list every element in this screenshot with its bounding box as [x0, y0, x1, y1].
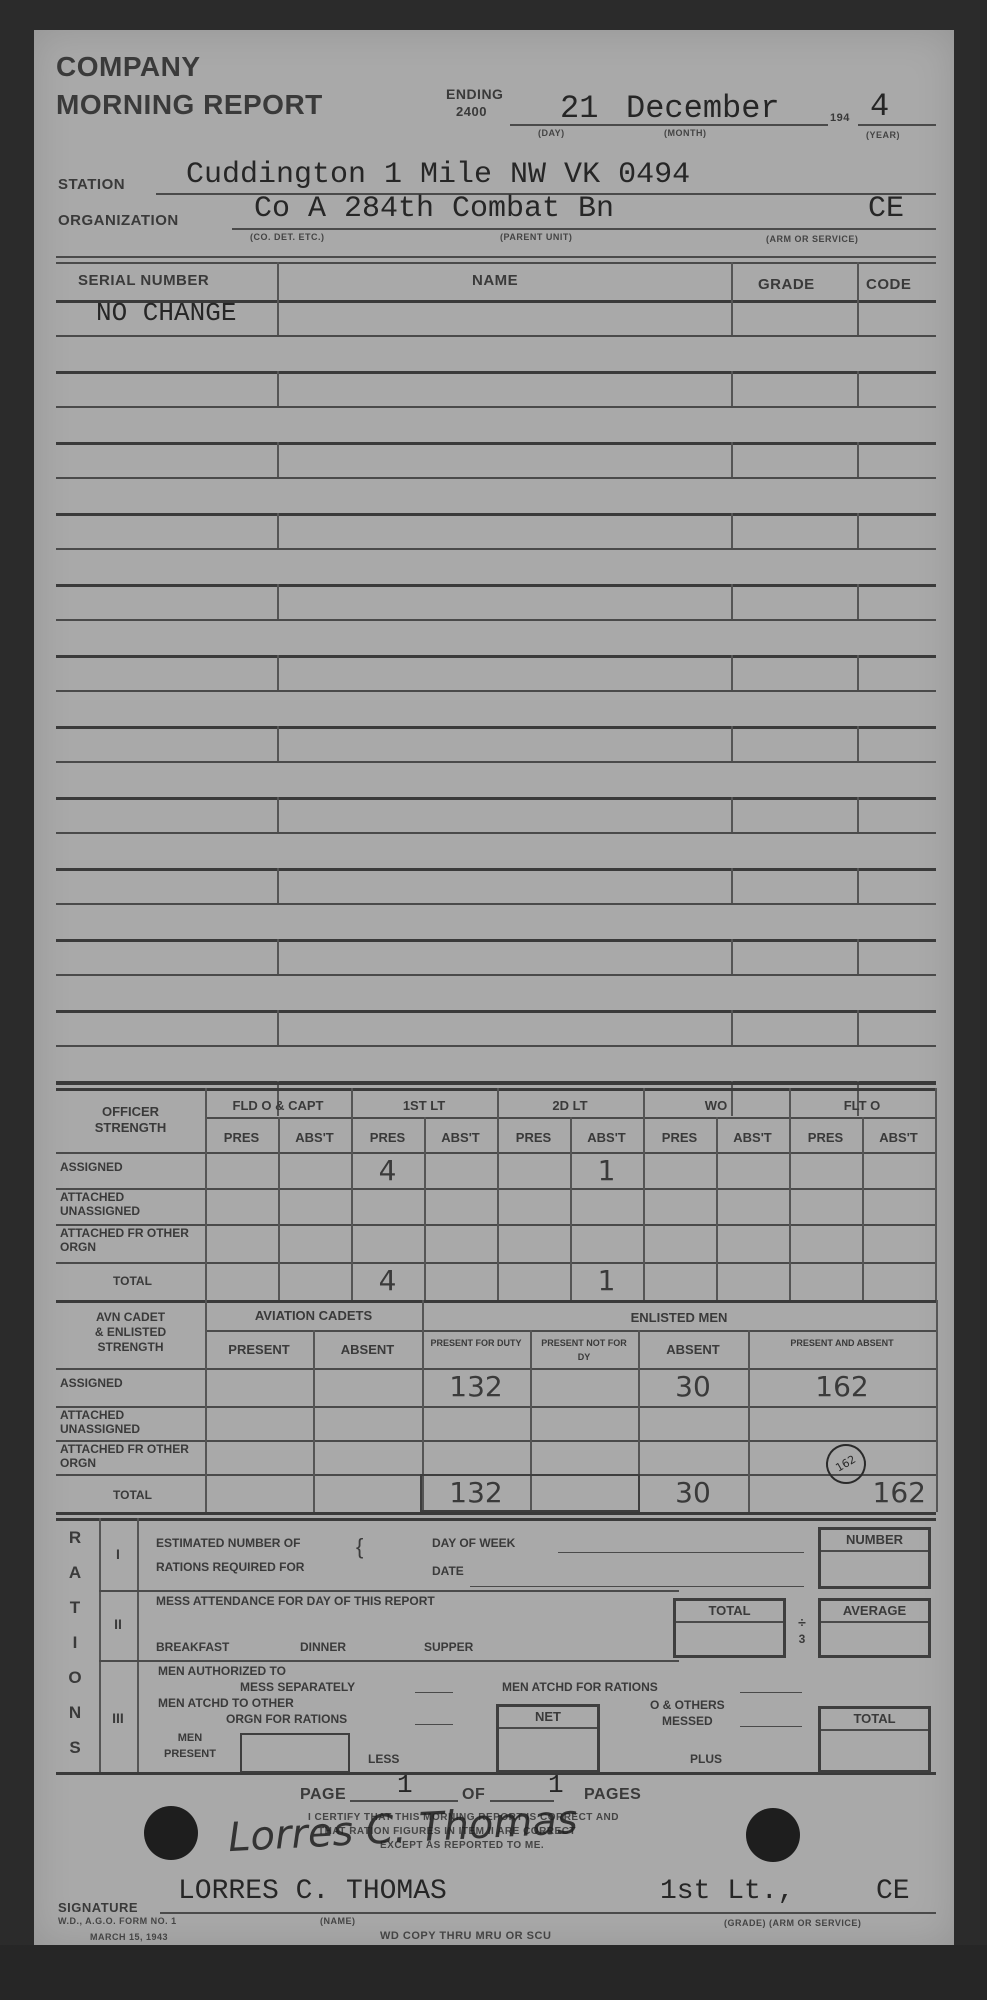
men-atchd-rations-line[interactable] — [740, 1692, 802, 1693]
pages-label: PAGES — [584, 1786, 641, 1804]
arm-of-service-value: CE — [868, 192, 904, 226]
roster-column-divider — [857, 726, 859, 761]
date-line[interactable] — [470, 1586, 804, 1587]
officer-subcolumn-header: ABS'T — [716, 1130, 789, 1145]
enlisted-column-header: PRESENT AND ABSENT — [752, 1336, 932, 1350]
roster-column-divider — [731, 726, 733, 761]
report-day: 21 — [560, 90, 598, 127]
rations-top-rule — [56, 1518, 936, 1521]
rations-side-letter: S — [60, 1738, 90, 1758]
enlisted-row-label: ASSIGNED — [60, 1376, 200, 1390]
enlisted-cell-value: 30 — [638, 1476, 748, 1509]
roster-column-divider — [277, 1010, 279, 1045]
men-present-box[interactable] — [240, 1733, 350, 1773]
organization-value: Co A 284th Combat Bn — [254, 192, 614, 226]
org-caption: (CO. DET. ETC.) — [250, 232, 325, 242]
enlisted-column-header: PRESENT NOT FOR DY — [534, 1336, 634, 1364]
signature-underline — [160, 1912, 936, 1914]
roster-column-divider — [857, 797, 859, 832]
divide-by-value: 3 — [790, 1632, 814, 1646]
roster-row-rule — [56, 903, 936, 905]
roster-column-divider — [731, 655, 733, 690]
attendance-total-box[interactable]: TOTAL — [673, 1598, 786, 1658]
rations-total-box[interactable]: TOTAL — [818, 1706, 931, 1773]
column-header-grade: GRADE — [758, 276, 815, 293]
men-atchd-other-label: MEN ATCHD TO OTHER — [158, 1696, 294, 1710]
roster-column-divider — [857, 371, 859, 406]
estimated-number-label: ESTIMATED NUMBER OF — [156, 1536, 300, 1550]
section-ii-numeral: II — [99, 1616, 137, 1632]
roster-column-divider — [857, 513, 859, 548]
month-caption: (MONTH) — [664, 128, 707, 138]
punch-hole-right — [746, 1808, 800, 1862]
punch-hole-left — [144, 1806, 198, 1860]
signer-arm: CE — [876, 1876, 910, 1907]
roster-column-divider — [731, 584, 733, 619]
roster-row-rule — [56, 371, 936, 374]
men-present-label-1: MEN — [150, 1732, 230, 1744]
breakfast-label: BREAKFAST — [156, 1640, 229, 1654]
roster-column-divider — [277, 442, 279, 477]
officer-cell-value: 1 — [570, 1264, 643, 1297]
page-number-underline — [350, 1800, 458, 1802]
enlisted-column-header: PRESENT FOR DUTY — [426, 1336, 526, 1350]
form-date: MARCH 15, 1943 — [90, 1932, 168, 1942]
section-i-numeral: I — [99, 1546, 137, 1562]
roster-row-rule — [56, 584, 936, 587]
roster-row-rule — [56, 868, 936, 871]
roster-entry-no-change: NO CHANGE — [96, 298, 236, 328]
enlisted-title-2: & ENLISTED — [56, 1325, 205, 1340]
mess-separately-label: MESS SEPARATELY — [240, 1680, 355, 1694]
roster-column-divider — [277, 797, 279, 832]
roster-row-rule — [56, 1010, 936, 1013]
number-box[interactable]: NUMBER — [818, 1527, 931, 1589]
rations-side-letter: I — [60, 1633, 90, 1653]
roster-row-rule — [56, 974, 936, 976]
officers-others-label: O & OTHERS — [650, 1698, 725, 1712]
roster-column-divider — [277, 513, 279, 548]
mess-separately-line[interactable] — [415, 1692, 453, 1693]
roster-column-divider — [857, 262, 859, 335]
roster-column-divider — [731, 868, 733, 903]
enlisted-cell-value: 132 — [422, 1476, 530, 1509]
officer-column-divider — [716, 1117, 718, 1300]
roster-column-divider — [277, 584, 279, 619]
mess-attendance-label: MESS ATTENDANCE FOR DAY OF THIS REPORT — [156, 1594, 435, 1608]
officer-subcolumn-header: PRES — [643, 1130, 716, 1145]
ending-time: 2400 — [456, 104, 487, 119]
roster-row-rule — [56, 513, 936, 516]
page-total: 1 — [548, 1770, 564, 1800]
roster-column-divider — [731, 262, 733, 335]
officer-cell-value: 1 — [570, 1154, 643, 1187]
copy-note: WD COPY THRU MRU OR SCU — [380, 1930, 551, 1942]
officer-row-rule — [56, 1152, 936, 1154]
messed-label: MESSED — [662, 1714, 713, 1728]
rations-side-letter: O — [60, 1668, 90, 1688]
roster-bottom-rule — [56, 1082, 936, 1085]
officer-subcolumn-header: ABS'T — [424, 1130, 497, 1145]
messed-line[interactable] — [740, 1726, 802, 1727]
officer-row-label: ATTACHED FR OTHER ORGN — [60, 1226, 200, 1254]
officer-group-header: FLT O — [789, 1098, 935, 1113]
roster-row-rule — [56, 939, 936, 942]
roster-column-divider — [731, 513, 733, 548]
roster-row-rule — [56, 477, 936, 479]
less-label: LESS — [368, 1752, 399, 1766]
signer-name: LORRES C. THOMAS — [178, 1876, 447, 1907]
officer-row-rule — [56, 1262, 936, 1264]
officer-row-label: ATTACHED UNASSIGNED — [60, 1190, 200, 1218]
organization-label: ORGANIZATION — [58, 212, 179, 229]
rations-section-rule — [99, 1590, 679, 1592]
roster-column-divider — [857, 939, 859, 974]
roster-column-divider — [731, 371, 733, 406]
roster-top-rule-2 — [56, 262, 936, 264]
day-caption: (DAY) — [538, 128, 565, 138]
station-value: Cuddington 1 Mile NW VK 0494 — [186, 158, 690, 192]
year-caption: (YEAR) — [866, 130, 900, 140]
ending-label: ENDING — [446, 86, 503, 102]
number-box-label: NUMBER — [821, 1530, 928, 1552]
column-header-name: NAME — [472, 272, 518, 289]
officer-group-header: WO — [643, 1098, 789, 1113]
enlisted-title-1: AVN CADET — [56, 1310, 205, 1325]
column-header-serial-number: SERIAL NUMBER — [78, 272, 209, 289]
officer-column-divider — [935, 1088, 937, 1300]
officer-column-divider — [278, 1117, 280, 1300]
station-label: STATION — [58, 176, 125, 193]
roster-row-rule — [56, 335, 936, 337]
average-box-label: AVERAGE — [821, 1601, 928, 1623]
officer-column-divider — [424, 1117, 426, 1300]
supper-label: SUPPER — [424, 1640, 473, 1654]
aviation-cadets-header: AVIATION CADETS — [205, 1308, 422, 1323]
orgn-for-rations-label: ORGN FOR RATIONS — [226, 1712, 347, 1726]
signer-grade: 1st Lt., — [660, 1876, 794, 1907]
enlisted-cell-value: 30 — [638, 1370, 748, 1403]
day-of-week-line[interactable] — [558, 1552, 804, 1553]
officer-column-divider — [205, 1088, 207, 1300]
roster-row-rule — [56, 442, 936, 445]
report-year: 4 — [870, 88, 889, 125]
roster-column-divider — [857, 584, 859, 619]
men-present-label-2: PRESENT — [150, 1748, 230, 1760]
rations-side-letter: N — [60, 1703, 90, 1723]
enlisted-row-label: TOTAL — [60, 1488, 205, 1502]
enlisted-cell-value: 132 — [422, 1370, 530, 1403]
average-box[interactable]: AVERAGE — [818, 1598, 931, 1658]
rations-side-letter: R — [60, 1528, 90, 1548]
roster-column-divider — [277, 939, 279, 974]
day-of-week-label: DAY OF WEEK — [432, 1536, 515, 1550]
officer-strength-title-2: STRENGTH — [56, 1120, 205, 1135]
enlisted-column-divider — [936, 1300, 938, 1512]
officer-top-rule — [56, 1088, 936, 1091]
officer-subcolumn-header: PRES — [205, 1130, 278, 1145]
organization-underline — [232, 228, 936, 230]
rations-section-rule — [99, 1660, 679, 1662]
roster-row-rule — [56, 690, 936, 692]
officer-strength-title-1: OFFICER — [56, 1104, 205, 1119]
roster-top-rule — [56, 256, 936, 258]
roster-row-rule — [56, 655, 936, 658]
roster-column-divider — [731, 939, 733, 974]
roster-row-rule — [56, 726, 936, 729]
officer-row-label: TOTAL — [60, 1274, 205, 1288]
enlisted-men-header: ENLISTED MEN — [422, 1310, 936, 1325]
officer-cell-value: 4 — [351, 1264, 424, 1297]
officer-subcolumn-header: ABS'T — [278, 1130, 351, 1145]
year-prefix: 194 — [830, 112, 850, 124]
roster-column-divider — [857, 1010, 859, 1045]
officer-row-rule — [56, 1300, 936, 1303]
rations-total-label: TOTAL — [821, 1709, 928, 1731]
officer-subcolumn-header: PRES — [789, 1130, 862, 1145]
roster-row-rule — [56, 619, 936, 621]
arm-caption: (ARM OR SERVICE) — [766, 234, 858, 244]
men-atchd-rations-label: MEN ATCHD FOR RATIONS — [502, 1680, 658, 1694]
enlisted-column-divider — [313, 1330, 315, 1512]
roster-row-rule — [56, 1045, 936, 1047]
report-month: December — [626, 90, 780, 127]
rations-required-label: RATIONS REQUIRED FOR — [156, 1560, 304, 1574]
roster-column-divider — [857, 655, 859, 690]
enlisted-row-label: ATTACHED UNASSIGNED — [60, 1408, 200, 1436]
officer-cell-value: 4 — [351, 1154, 424, 1187]
officer-group-header: FLD O & CAPT — [205, 1098, 351, 1113]
roster-row-rule — [56, 761, 936, 763]
enlisted-column-header: ABSENT — [642, 1342, 744, 1358]
officer-subcolumn-header: PRES — [497, 1130, 570, 1145]
rations-side-letter: A — [60, 1563, 90, 1583]
dinner-label: DINNER — [300, 1640, 346, 1654]
roster-column-divider — [277, 655, 279, 690]
net-box-label: NET — [499, 1707, 597, 1729]
officer-row-label: ASSIGNED — [60, 1160, 200, 1174]
roster-row-rule — [56, 548, 936, 550]
officer-group-header: 1ST LT — [351, 1098, 497, 1113]
page-label: PAGE — [300, 1786, 346, 1804]
enlisted-title-3: STRENGTH — [56, 1340, 205, 1355]
enlisted-row-rule — [56, 1512, 936, 1515]
enlisted-row-label: ATTACHED FR OTHER ORGN — [60, 1442, 200, 1470]
enlisted-column-header: PRESENT — [209, 1342, 309, 1358]
date-label: DATE — [432, 1564, 464, 1578]
form-title-line1: COMPANY — [56, 52, 201, 82]
roster-column-divider — [857, 442, 859, 477]
officer-column-divider — [497, 1088, 499, 1300]
form-title-line2: MORNING REPORT — [56, 90, 323, 120]
film-margin — [0, 1945, 987, 2000]
rations-side-letter: T — [60, 1598, 90, 1618]
rations-numeral-divider — [137, 1518, 139, 1772]
roster-row-rule — [56, 406, 936, 408]
enlisted-column-divider — [205, 1300, 207, 1512]
roster-column-divider — [277, 371, 279, 406]
roster-column-divider — [731, 797, 733, 832]
roster-column-divider — [857, 868, 859, 903]
grade-arm-caption: (GRADE) (ARM OR SERVICE) — [724, 1918, 861, 1928]
signature-label: SIGNATURE — [58, 1900, 138, 1915]
enlisted-column-header: ABSENT — [317, 1342, 418, 1358]
roster-row-rule — [56, 832, 936, 834]
page-number: 1 — [397, 1770, 413, 1800]
roster-row-rule — [56, 797, 936, 800]
men-authorized-label: MEN AUTHORIZED TO — [158, 1664, 286, 1678]
plus-label: PLUS — [690, 1752, 722, 1766]
officer-column-divider — [789, 1088, 791, 1300]
name-caption: (NAME) — [320, 1916, 356, 1926]
orgn-for-rations-line[interactable] — [415, 1724, 453, 1725]
net-box[interactable]: NET — [496, 1704, 600, 1773]
enlisted-cell-value: 162 — [748, 1370, 936, 1403]
column-header-code: CODE — [866, 276, 911, 293]
section-iii-numeral: III — [99, 1710, 137, 1726]
roster-column-divider — [277, 262, 279, 335]
roster-column-divider — [731, 442, 733, 477]
officer-subcolumn-header: ABS'T — [570, 1130, 643, 1145]
officer-column-divider — [862, 1117, 864, 1300]
officer-column-divider — [643, 1088, 645, 1300]
officer-subcolumn-header: PRES — [351, 1130, 424, 1145]
form-number: W.D., A.G.O. FORM NO. 1 — [58, 1916, 177, 1926]
roster-column-divider — [277, 868, 279, 903]
roster-column-divider — [277, 726, 279, 761]
officer-subcolumn-header: ABS'T — [862, 1130, 935, 1145]
roster-column-divider — [731, 1010, 733, 1045]
attendance-total-label: TOTAL — [676, 1601, 783, 1623]
officer-group-header: 2D LT — [497, 1098, 643, 1113]
divide-icon: ÷ — [790, 1614, 814, 1630]
brace-icon: { — [356, 1534, 363, 1560]
parent-unit-caption: (PARENT UNIT) — [500, 232, 572, 242]
